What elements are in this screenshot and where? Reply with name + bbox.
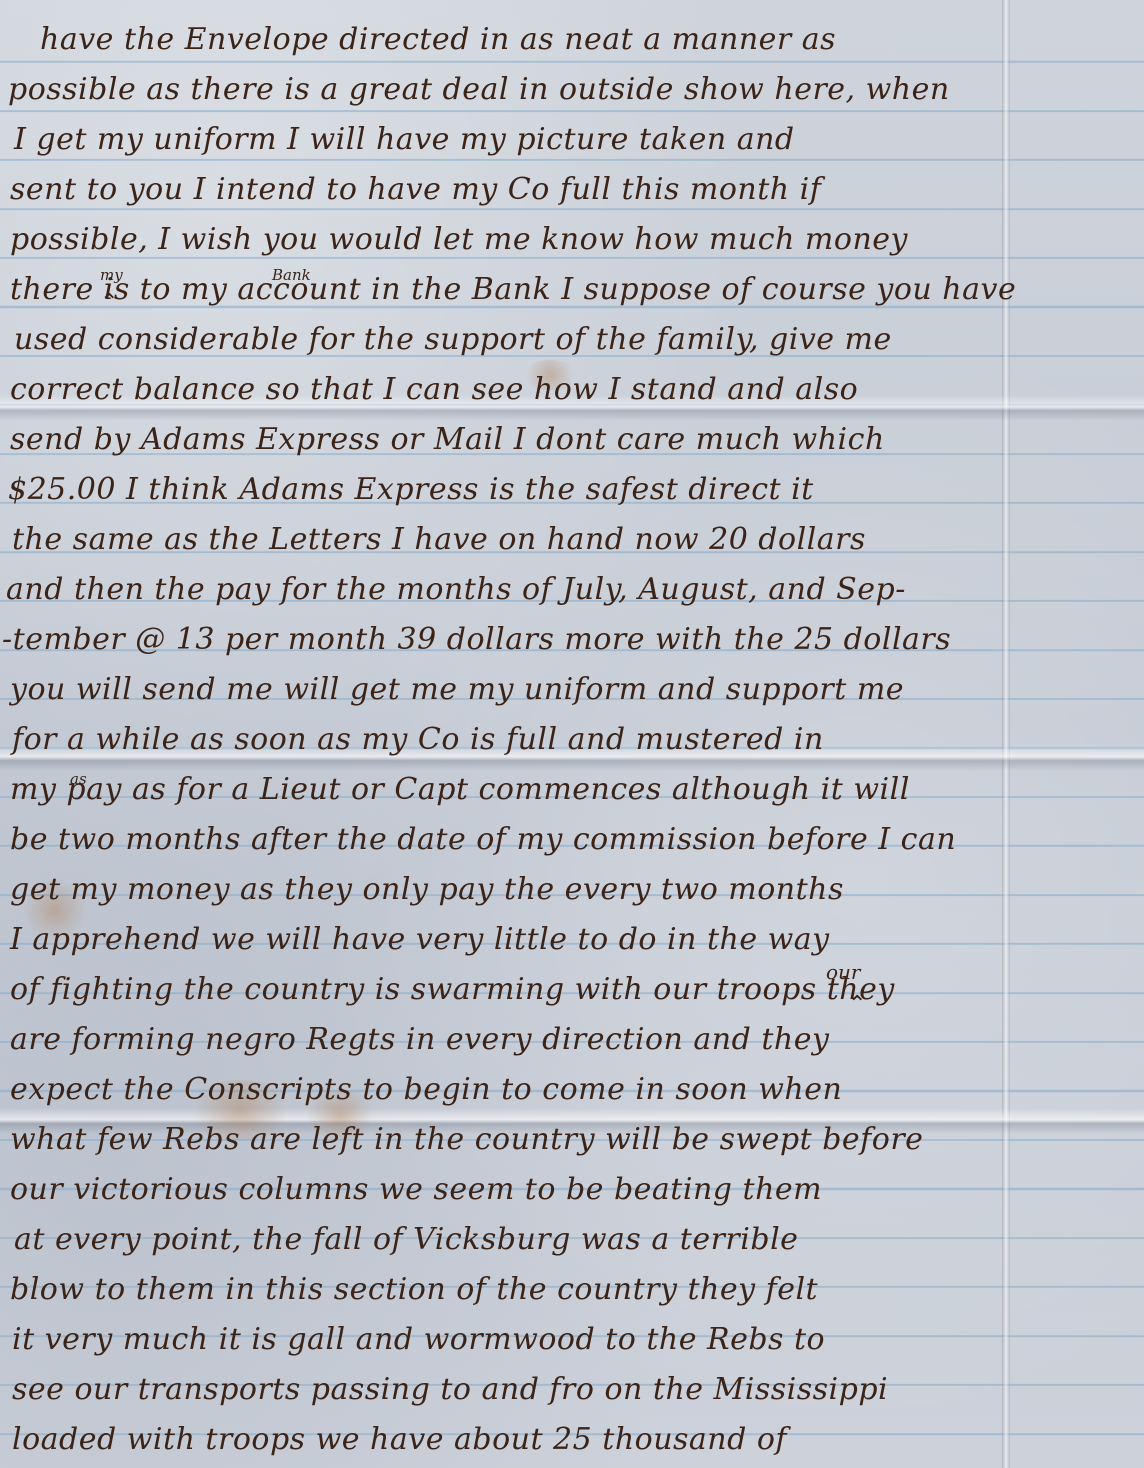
text-line: have the Envelope directed in as neat a … bbox=[40, 22, 1134, 57]
text-line: $25.00 I think Adams Express is the safe… bbox=[8, 472, 1134, 507]
text-line: loaded with troops we have about 25 thou… bbox=[12, 1422, 1134, 1457]
text-line: are forming negro Regts in every directi… bbox=[10, 1022, 1134, 1057]
text-line: possible, I wish you would let me know h… bbox=[10, 222, 1134, 257]
text-line: send by Adams Express or Mail I dont car… bbox=[10, 422, 1134, 457]
insertion-our: our bbox=[826, 960, 860, 984]
text-line: expect the Conscripts to begin to come i… bbox=[10, 1072, 1134, 1107]
text-line: possible as there is a great deal in out… bbox=[8, 72, 1134, 107]
text-line: I get my uniform I will have my picture … bbox=[14, 122, 1134, 157]
text-line: get my money as they only pay the every … bbox=[10, 872, 1134, 907]
text-line: there is to my account in the Bank I sup… bbox=[10, 272, 1134, 307]
text-line: be two months after the date of my commi… bbox=[10, 822, 1134, 857]
text-line: you will send me will get me my uniform … bbox=[10, 672, 1134, 707]
text-line: blow to them in this section of the coun… bbox=[10, 1272, 1134, 1307]
text-line: used considerable for the support of the… bbox=[14, 322, 1134, 357]
caret-mark-icon: ⌃ bbox=[100, 290, 118, 315]
text-line: what few Rebs are left in the country wi… bbox=[10, 1122, 1134, 1157]
caret-mark-icon: ⌃ bbox=[848, 992, 866, 1017]
text-line: see our transports passing to and fro on… bbox=[12, 1372, 1134, 1407]
insertion-bank: Bank bbox=[272, 266, 311, 284]
text-line: our victorious columns we seem to be bea… bbox=[10, 1172, 1134, 1207]
text-line: my pay as for a Lieut or Capt commences … bbox=[10, 772, 1134, 807]
text-line: the same as the Letters I have on hand n… bbox=[12, 522, 1134, 557]
letter-page: have the Envelope directed in as neat a … bbox=[0, 0, 1144, 1468]
text-line: of fighting the country is swarming with… bbox=[10, 972, 1134, 1007]
insertion-my: my bbox=[100, 266, 123, 284]
text-line: correct balance so that I can see how I … bbox=[10, 372, 1134, 407]
text-line: it very much it is gall and wormwood to … bbox=[12, 1322, 1134, 1357]
text-line: and then the pay for the months of July,… bbox=[6, 572, 1134, 607]
insertion-as: as bbox=[70, 770, 87, 788]
text-line: sent to you I intend to have my Co full … bbox=[10, 172, 1134, 207]
text-line: at every point, the fall of Vicksburg wa… bbox=[14, 1222, 1134, 1257]
text-line: -tember @ 13 per month 39 dollars more w… bbox=[2, 622, 1134, 657]
text-line: I apprehend we will have very little to … bbox=[10, 922, 1134, 957]
text-line: for a while as soon as my Co is full and… bbox=[12, 722, 1134, 757]
